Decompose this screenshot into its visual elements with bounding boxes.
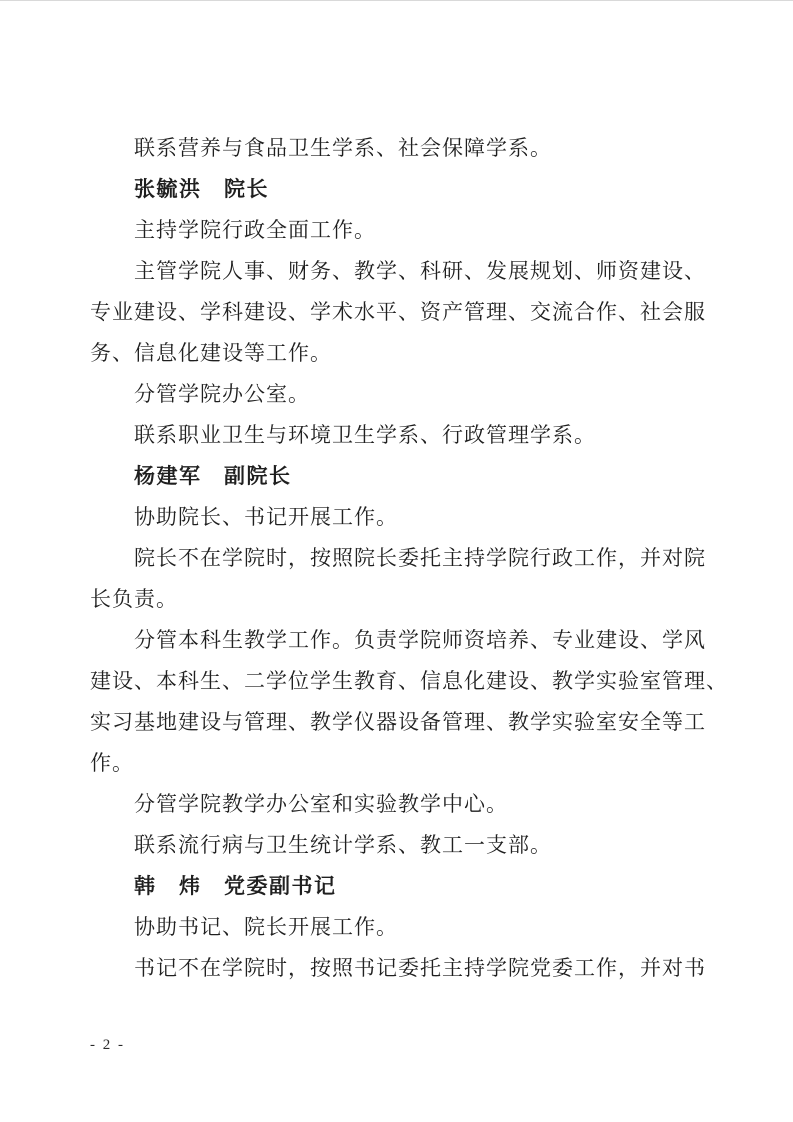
text-line: 长负责。: [90, 579, 740, 620]
paragraph: 分管本科生教学工作。负责学院师资培养、专业建设、学风建设、本科生、二学位学生教育…: [90, 620, 740, 784]
text-line: 分管学院教学办公室和实验教学中心。: [90, 784, 740, 825]
text-line: 主持学院行政全面工作。: [90, 210, 740, 251]
text-line: 实习基地建设与管理、教学仪器设备管理、教学实验室安全等工: [90, 702, 740, 743]
text-line: 务、信息化建设等工作。: [90, 333, 740, 374]
paragraph: 院长不在学院时，按照院长委托主持学院行政工作，并对院长负责。: [90, 538, 740, 620]
text-line: 联系流行病与卫生统计学系、教工一支部。: [90, 825, 740, 866]
text-line: 杨建军 副院长: [90, 456, 740, 497]
text-line: 韩 炜 党委副书记: [90, 866, 740, 907]
paragraph: 联系营养与食品卫生学系、社会保障学系。: [90, 128, 740, 169]
text-line: 协助书记、院长开展工作。: [90, 907, 740, 948]
section-heading: 韩 炜 党委副书记: [90, 866, 740, 907]
text-line: 协助院长、书记开展工作。: [90, 497, 740, 538]
paragraph: 主持学院行政全面工作。: [90, 210, 740, 251]
text-line: 专业建设、学科建设、学术水平、资产管理、交流合作、社会服: [90, 292, 740, 333]
paragraph: 联系职业卫生与环境卫生学系、行政管理学系。: [90, 415, 740, 456]
text-line: 主管学院人事、财务、教学、科研、发展规划、师资建设、: [90, 251, 740, 292]
text-line: 院长不在学院时，按照院长委托主持学院行政工作，并对院: [90, 538, 740, 579]
text-line: 书记不在学院时，按照书记委托主持学院党委工作，并对书: [90, 948, 740, 989]
paragraph: 分管学院办公室。: [90, 374, 740, 415]
text-line: 建设、本科生、二学位学生教育、信息化建设、教学实验室管理、: [90, 661, 740, 702]
page-number: - 2 -: [90, 1037, 125, 1054]
text-line: 联系职业卫生与环境卫生学系、行政管理学系。: [90, 415, 740, 456]
paragraph: 协助书记、院长开展工作。: [90, 907, 740, 948]
paragraph: 主管学院人事、财务、教学、科研、发展规划、师资建设、专业建设、学科建设、学术水平…: [90, 251, 740, 374]
document-content: 联系营养与食品卫生学系、社会保障学系。张毓洪 院长主持学院行政全面工作。主管学院…: [90, 128, 740, 989]
paragraph: 协助院长、书记开展工作。: [90, 497, 740, 538]
text-line: 张毓洪 院长: [90, 169, 740, 210]
paragraph: 分管学院教学办公室和实验教学中心。: [90, 784, 740, 825]
text-line: 作。: [90, 743, 740, 784]
text-line: 分管本科生教学工作。负责学院师资培养、专业建设、学风: [90, 620, 740, 661]
paragraph: 联系流行病与卫生统计学系、教工一支部。: [90, 825, 740, 866]
document-page: 联系营养与食品卫生学系、社会保障学系。张毓洪 院长主持学院行政全面工作。主管学院…: [0, 0, 793, 1122]
section-heading: 杨建军 副院长: [90, 456, 740, 497]
section-heading: 张毓洪 院长: [90, 169, 740, 210]
paragraph: 书记不在学院时，按照书记委托主持学院党委工作，并对书: [90, 948, 740, 989]
text-line: 联系营养与食品卫生学系、社会保障学系。: [90, 128, 740, 169]
text-line: 分管学院办公室。: [90, 374, 740, 415]
